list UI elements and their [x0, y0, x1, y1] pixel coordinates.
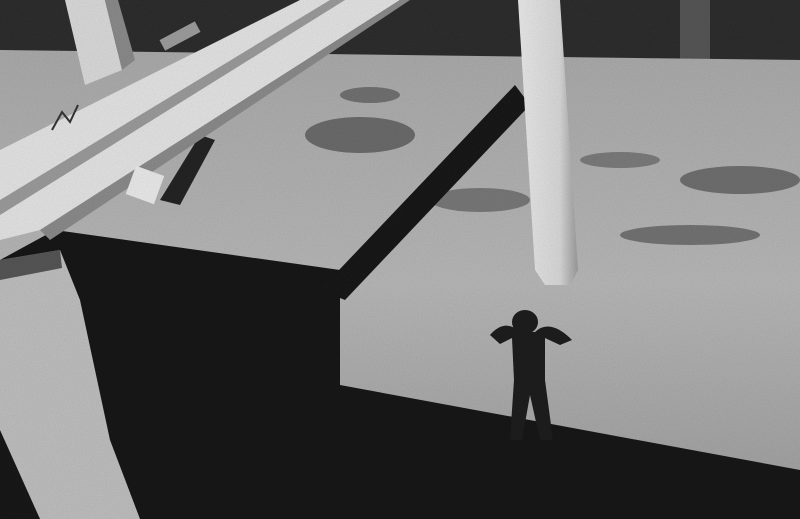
- photograph: Black-and-white photograph: shadow of a …: [0, 0, 800, 519]
